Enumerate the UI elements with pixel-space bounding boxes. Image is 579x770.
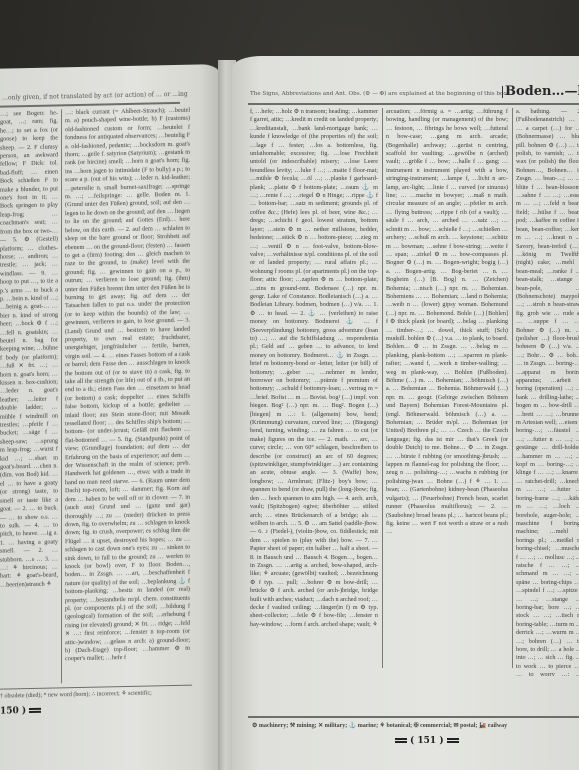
right-column-3-text: a. bathing. — 2. (Fußbodenanstrich) … a … [516, 108, 579, 676]
page-number-bars-icon [447, 738, 459, 743]
left-footer-legend: † obsolete (died); * new word (born); ∴ … [0, 689, 152, 699]
left-column-1-text: …; see Bogen: he-goat, …; ram; fig. he…;… [0, 109, 58, 589]
right-page: The Signs, Abbreviations and Ant. Obs. (… [232, 56, 579, 770]
right-header-rule [248, 103, 579, 105]
left-page-number-value: 150 [0, 706, 19, 716]
left-column-2-text: …: black currant (= Ahlbeer-Strauch); …b… [65, 107, 190, 664]
right-column-divider-2 [512, 108, 513, 668]
right-footer-legend: ⚙ machinery; ⚒ mining; ✕ military; ⚓ mar… [252, 722, 507, 729]
right-page-number-value: 151 [417, 736, 436, 746]
right-column-2-text: arcuation; …förmig a. = …artig; …führung… [386, 108, 508, 537]
left-column-divider [61, 109, 62, 683]
left-footer-rule [0, 685, 192, 690]
page-number-bars-icon [29, 708, 41, 713]
right-running-head: The Signs, Abbreviations and Ant. Obs. (… [250, 91, 512, 97]
right-column-divider-1 [382, 108, 383, 668]
right-page-number: ( 151 ) [392, 736, 462, 746]
left-column-2: …: black currant (= Ahlbeer-Strauch); …b… [65, 107, 190, 684]
right-column-2: arcuation; …förmig a. = …artig; …führung… [386, 108, 508, 676]
guideword-text: Boden…—boh [505, 84, 579, 99]
page-number-bars-icon [395, 738, 407, 743]
right-guideword: Boden…—boh [502, 84, 579, 99]
left-column-1: …; see Bogen: he-goat, …; ram; fig. he…;… [0, 109, 58, 684]
left-page-number: 150 ) [0, 706, 44, 717]
right-column-1: f, …hefe; …holz ⚙ n transom; heading; …k… [250, 108, 378, 676]
right-column-3: a. bathing. — 2. (Fußbodenanstrich) … a … [516, 108, 579, 676]
left-page: …only given, if not translated by act (o… [0, 64, 222, 770]
right-column-1-text: f, …hefe; …holz ⚙ n transom; heading; …k… [250, 108, 378, 629]
guideword-bar-icon [502, 86, 503, 98]
right-footer-rule [248, 716, 579, 718]
left-running-head: …only given, if not translated by act (o… [2, 91, 188, 102]
